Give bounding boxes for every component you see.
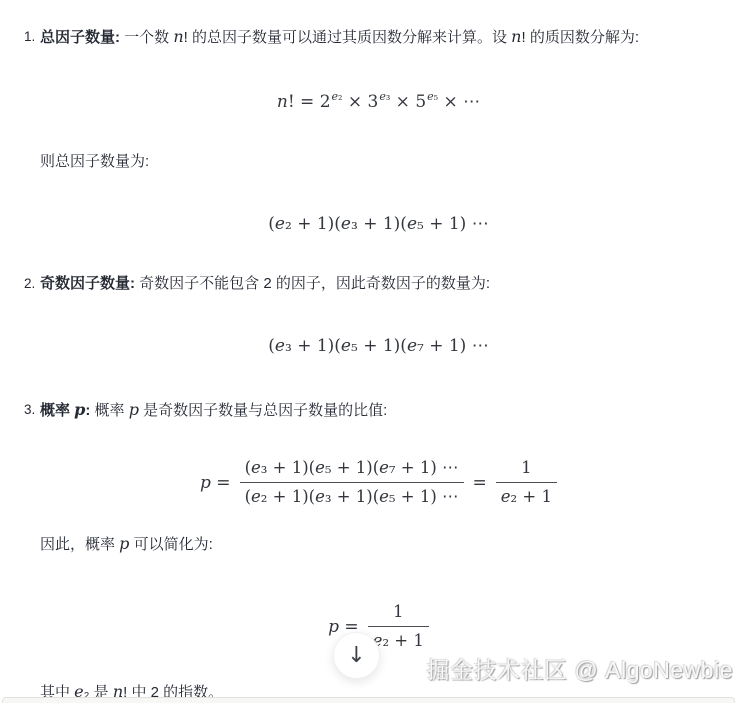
list-item-odd-factors: 2. 奇数因子数量: 奇数因子不能包含 2 的因子，因此奇数因子的数量为: (e… [24,273,717,359]
item-2-marker: 2. [24,273,40,295]
watermark: 掘金技术社区 @ AlgoNewbie [427,652,733,685]
formula-prime-factorization: n! = 2e₂ × 3e₃ × 5e₅ × ⋯ [40,89,717,115]
item-2-text: 奇数因子不能包含 2 的因子，因此奇数因子的数量为: [139,275,490,292]
item-3-marker: 3. [24,399,40,422]
ratio-equals: = [473,473,487,493]
ratio-fraction-1: (e₃ + 1)(e₅ + 1)(e₇ + 1) ⋯ (e₂ + 1)(e₃ +… [240,458,464,507]
simplify-lead: 因此，概率 p 可以简化为: [40,533,717,556]
formula-probability-ratio: p = (e₃ + 1)(e₅ + 1)(e₇ + 1) ⋯ (e₂ + 1)(… [40,458,717,507]
item-1-sub-lead: 则总因子数量为: [40,151,717,173]
ratio-lhs: p = [200,473,231,493]
ratio-numerator-2: 1 [516,458,537,482]
formula-total-factor-count: (e₂ + 1)(e₃ + 1)(e₅ + 1) ⋯ [40,211,717,237]
item-1-label: 总因子数量: [40,29,120,46]
page: 1. 总因子数量: 一个数 n! 的总因子数量可以通过其质因数分解来计算。设 n… [0,0,737,703]
ratio-fraction-2: 1 e₂ + 1 [496,458,557,507]
item-3-heading: 3. 概率 p: 概率 p 是奇数因子数量与总因子数量的比值: [24,399,717,422]
item-1-text: 一个数 n! 的总因子数量可以通过其质因数分解来计算。设 n! 的质因数分解为: [124,29,639,46]
item-3-text: 概率 p 是奇数因子数量与总因子数量的比值: [95,402,388,419]
formula-odd-factor-count: (e₃ + 1)(e₅ + 1)(e₇ + 1) ⋯ [40,333,717,359]
formula-simplified-probability: p = 1 e₂ + 1 [40,602,717,651]
scroll-down-button[interactable]: ↓ [333,632,380,679]
article-content: 1. 总因子数量: 一个数 n! 的总因子数量可以通过其质因数分解来计算。设 n… [0,0,737,703]
item-2-body: 奇数因子数量: 奇数因子不能包含 2 的因子，因此奇数因子的数量为: [40,273,717,295]
down-arrow-icon: ↓ [347,645,365,667]
item-3-label: 概率 p: [40,402,90,419]
list-item-total-factors: 1. 总因子数量: 一个数 n! 的总因子数量可以通过其质因数分解来计算。设 n… [24,26,717,237]
item-1-marker: 1. [24,26,40,49]
item-1-body: 总因子数量: 一个数 n! 的总因子数量可以通过其质因数分解来计算。设 n! 的… [40,26,717,49]
item-2-label: 奇数因子数量: [40,275,135,292]
ratio-denominator-2: e₂ + 1 [496,482,557,507]
bottom-divider [2,697,735,703]
item-1-heading: 1. 总因子数量: 一个数 n! 的总因子数量可以通过其质因数分解来计算。设 n… [24,26,717,49]
item-2-heading: 2. 奇数因子数量: 奇数因子不能包含 2 的因子，因此奇数因子的数量为: [24,273,717,295]
ratio-numerator-1: (e₃ + 1)(e₅ + 1)(e₇ + 1) ⋯ [240,458,464,482]
ratio-denominator-1: (e₂ + 1)(e₃ + 1)(e₅ + 1) ⋯ [240,482,464,507]
item-3-body: 概率 p: 概率 p 是奇数因子数量与总因子数量的比值: [40,399,717,422]
simplified-numerator: 1 [388,602,409,626]
